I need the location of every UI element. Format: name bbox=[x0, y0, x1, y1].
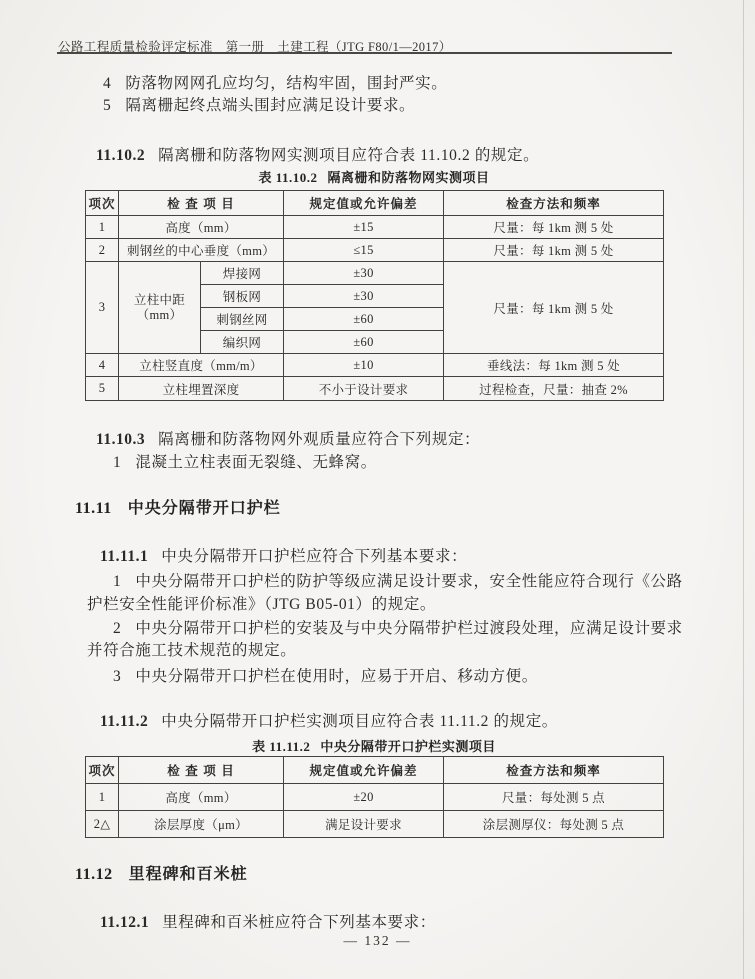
table-row: 1 高度（mm） ±20 尺量：每处测 5 点 bbox=[86, 784, 664, 811]
cell-value: 不小于设计要求 bbox=[284, 377, 444, 401]
item-text: 防落物网网孔应均匀，结构牢固，围封严实。 bbox=[125, 75, 447, 92]
header-cell-no: 项次 bbox=[86, 757, 119, 784]
header-cell-method: 检查方法和频率 bbox=[444, 757, 664, 784]
table-row: 3 立柱中距 （mm） 焊接网 ±30 尺量：每 1km 测 5 处 bbox=[86, 262, 664, 285]
section-number: 11.11 bbox=[75, 500, 112, 517]
header-rule bbox=[57, 52, 672, 54]
paragraph-text: 护栏安全性能评价标准》（JTG B05-01）的规定。 bbox=[87, 596, 436, 613]
cell-value: 满足设计要求 bbox=[284, 811, 444, 838]
table-row: 2△ 涂层厚度（μm） 满足设计要求 涂层测厚仪：每处测 5 点 bbox=[86, 811, 664, 838]
cell-no: 5 bbox=[86, 377, 119, 401]
table-11-11-2: 项次 检 查 项 目 规定值或允许偏差 检查方法和频率 1 高度（mm） ±20… bbox=[85, 756, 664, 838]
caption-text: 中央分隔带开口护栏实测项目 bbox=[320, 739, 496, 754]
clause-11-11-1: 11.11.1中央分隔带开口护栏应符合下列基本要求： bbox=[100, 544, 467, 566]
paragraph-text: 并符合施工技术规范的规定。 bbox=[87, 642, 296, 659]
list-item-1: 1混凝土立柱表面无裂缝、无蜂窝。 bbox=[113, 450, 377, 472]
table-row: 5 立柱埋置深度 不小于设计要求 过程检查，尺量：抽查 2% bbox=[86, 377, 664, 401]
clause-number: 11.10.3 bbox=[96, 431, 145, 448]
clause-11-10-2: 11.10.2隔离栅和防落物网实测项目应符合表 11.10.2 的规定。 bbox=[96, 143, 539, 165]
item-number: 1 bbox=[113, 454, 121, 471]
clause-text: 中央分隔带开口护栏实测项目应符合表 11.11.2 的规定。 bbox=[161, 713, 558, 730]
cell-item: 涂层厚度（μm） bbox=[119, 811, 284, 838]
section-title: 中央分隔带开口护栏 bbox=[128, 500, 281, 517]
header-cell-item: 检 查 项 目 bbox=[119, 757, 284, 784]
table-header-row: 项次 检 查 项 目 规定值或允许偏差 检查方法和频率 bbox=[86, 191, 664, 216]
table-header-row: 项次 检 查 项 目 规定值或允许偏差 检查方法和频率 bbox=[86, 757, 664, 784]
section-number: 11.12 bbox=[75, 866, 113, 883]
clause-number: 11.11.2 bbox=[100, 713, 148, 730]
cell-no: 4 bbox=[86, 354, 119, 377]
item-number: 4 bbox=[103, 75, 111, 92]
paragraph-3: 3中央分隔带开口护栏在使用时，应易于开启、移动方便。 bbox=[113, 664, 538, 686]
cell-subitem: 编织网 bbox=[201, 331, 284, 354]
header-cell-value: 规定值或允许偏差 bbox=[284, 191, 444, 216]
cell-item: 立柱埋置深度 bbox=[119, 377, 284, 401]
cell-value: ±30 bbox=[284, 262, 444, 285]
header-cell-value: 规定值或允许偏差 bbox=[284, 757, 444, 784]
header-cell-no: 项次 bbox=[86, 191, 119, 216]
paragraph-2-line-2: 并符合施工技术规范的规定。 bbox=[87, 638, 296, 660]
clause-text: 隔离栅和防落物网外观质量应符合下列规定： bbox=[158, 431, 480, 448]
table-row: 1 高度（mm） ±15 尺量：每 1km 测 5 处 bbox=[86, 216, 664, 239]
cell-no: 2△ bbox=[86, 811, 119, 838]
cell-method: 过程检查，尺量：抽查 2% bbox=[444, 377, 664, 401]
clause-text: 隔离栅和防落物网实测项目应符合表 11.10.2 的规定。 bbox=[158, 147, 539, 164]
item-number: 1 bbox=[113, 573, 121, 590]
cell-method: 垂线法：每 1km 测 5 处 bbox=[444, 354, 664, 377]
cell-value: ±10 bbox=[284, 354, 444, 377]
paragraph-1-line-1: 1中央分隔带开口护栏的防护等级应满足设计要求，安全性能应符合现行《公路 bbox=[113, 569, 683, 591]
cell-method: 尺量：每 1km 测 5 处 bbox=[444, 262, 664, 354]
cell-value: ±30 bbox=[284, 285, 444, 308]
clause-11-12-1: 11.12.1里程碑和百米桩应符合下列基本要求： bbox=[100, 910, 436, 932]
cell-value: ±60 bbox=[284, 331, 444, 354]
clause-number: 11.10.2 bbox=[96, 147, 145, 164]
header-cell-method: 检查方法和频率 bbox=[444, 191, 664, 216]
clause-11-11-2: 11.11.2中央分隔带开口护栏实测项目应符合表 11.11.2 的规定。 bbox=[100, 709, 558, 731]
cell-method: 尺量：每处测 5 点 bbox=[444, 784, 664, 811]
paragraph-1-line-2: 护栏安全性能评价标准》（JTG B05-01）的规定。 bbox=[87, 592, 436, 614]
table-caption-11-10-2: 表 11.10.2隔离栅和防落物网实测项目 bbox=[85, 167, 663, 186]
item-text: 隔离栅起终点端头围封应满足设计要求。 bbox=[125, 97, 415, 114]
paragraph-2-line-1: 2中央分隔带开口护栏的安装及与中央分隔带护栏过渡段处理，应满足设计要求 bbox=[113, 616, 683, 638]
paragraph-text: 中央分隔带开口护栏的安装及与中央分隔带护栏过渡段处理，应满足设计要求 bbox=[135, 620, 682, 637]
item-number: 5 bbox=[103, 97, 111, 114]
cell-value: ±60 bbox=[284, 308, 444, 331]
cell-no: 1 bbox=[86, 784, 119, 811]
cell-item: 高度（mm） bbox=[119, 216, 284, 239]
cell-value: ±15 bbox=[284, 216, 444, 239]
cell-method: 尺量：每 1km 测 5 处 bbox=[444, 216, 664, 239]
header-cell-item: 检 查 项 目 bbox=[119, 191, 284, 216]
cell-subitem: 焊接网 bbox=[201, 262, 284, 285]
caption-number: 表 11.11.2 bbox=[252, 739, 310, 754]
clause-number: 11.12.1 bbox=[100, 914, 149, 931]
paragraph-text: 中央分隔带开口护栏的防护等级应满足设计要求，安全性能应符合现行《公路 bbox=[135, 573, 682, 590]
page-number: — 132 — bbox=[0, 933, 755, 949]
cell-item: 高度（mm） bbox=[119, 784, 284, 811]
cell-item-line2: （mm） bbox=[119, 308, 200, 323]
list-item-4: 4防落物网网孔应均匀，结构牢固，围封严实。 bbox=[103, 71, 447, 93]
cell-subitem: 刺钢丝网 bbox=[201, 308, 284, 331]
cell-no: 1 bbox=[86, 216, 119, 239]
item-number: 2 bbox=[113, 620, 121, 637]
cell-no: 3 bbox=[86, 262, 119, 354]
cell-subitem: 钢板网 bbox=[201, 285, 284, 308]
paragraph-text: 中央分隔带开口护栏在使用时，应易于开启、移动方便。 bbox=[135, 668, 538, 685]
section-title: 里程碑和百米桩 bbox=[129, 866, 248, 883]
cell-method: 涂层测厚仪：每处测 5 点 bbox=[444, 811, 664, 838]
cell-no: 2 bbox=[86, 239, 119, 262]
caption-number: 表 11.10.2 bbox=[258, 170, 317, 185]
table-row: 2 刺钢丝的中心垂度（mm） ≤15 尺量：每 1km 测 5 处 bbox=[86, 239, 664, 262]
section-heading-11-11: 11.11中央分隔带开口护栏 bbox=[75, 495, 281, 518]
table-row: 4 立柱竖直度（mm/m） ±10 垂线法：每 1km 测 5 处 bbox=[86, 354, 664, 377]
table-11-10-2: 项次 检 查 项 目 规定值或允许偏差 检查方法和频率 1 高度（mm） ±15… bbox=[85, 190, 664, 401]
clause-number: 11.11.1 bbox=[100, 548, 148, 565]
cell-method: 尺量：每 1km 测 5 处 bbox=[444, 239, 664, 262]
scanned-document-page: 公路工程质量检验评定标准 第一册 土建工程（JTG F80/1—2017） 4防… bbox=[0, 0, 755, 979]
page-edge-shadow bbox=[743, 0, 744, 979]
table-caption-11-11-2: 表 11.11.2中央分隔带开口护栏实测项目 bbox=[85, 736, 663, 755]
cell-value: ≤15 bbox=[284, 239, 444, 262]
clause-11-10-3: 11.10.3隔离栅和防落物网外观质量应符合下列规定： bbox=[96, 427, 480, 449]
list-item-5: 5隔离栅起终点端头围封应满足设计要求。 bbox=[103, 93, 415, 115]
caption-text: 隔离栅和防落物网实测项目 bbox=[328, 170, 490, 185]
item-number: 3 bbox=[113, 668, 121, 685]
cell-item-line1: 立柱中距 bbox=[119, 293, 200, 308]
cell-item: 刺钢丝的中心垂度（mm） bbox=[119, 239, 284, 262]
clause-text: 里程碑和百米桩应符合下列基本要求： bbox=[162, 914, 436, 931]
clause-text: 中央分隔带开口护栏应符合下列基本要求： bbox=[161, 548, 467, 565]
cell-item: 立柱中距 （mm） bbox=[119, 262, 201, 354]
section-heading-11-12: 11.12里程碑和百米桩 bbox=[75, 861, 248, 884]
cell-item: 立柱竖直度（mm/m） bbox=[119, 354, 284, 377]
cell-value: ±20 bbox=[284, 784, 444, 811]
item-text: 混凝土立柱表面无裂缝、无蜂窝。 bbox=[135, 454, 377, 471]
